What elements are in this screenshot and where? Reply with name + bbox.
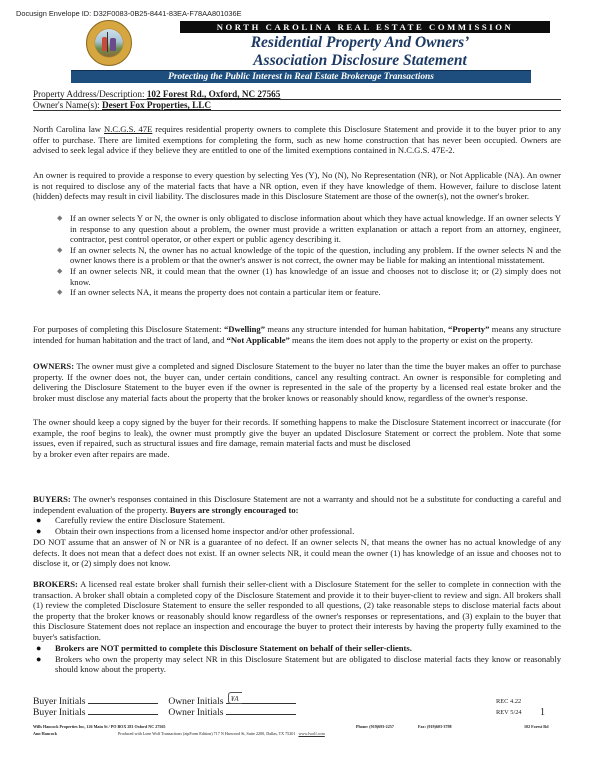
rev-code: REV 5/24 bbox=[496, 709, 522, 717]
footer-company: Wills Hancock Properties Inc, 126 Main S… bbox=[33, 724, 165, 729]
definitions-paragraph: For purposes of completing this Disclosu… bbox=[33, 324, 561, 345]
owner-name-field[interactable]: Owner's Name(s): Desert Fox Properties, … bbox=[33, 100, 561, 111]
buyers-list: ●Carefully review the entire Disclosure … bbox=[33, 515, 561, 536]
owners-paragraph: OWNERS: The owner must give a completed … bbox=[33, 361, 561, 403]
list-item: ◆If an owner selects NA, it means the pr… bbox=[33, 287, 561, 298]
bullet-icon: ● bbox=[36, 515, 41, 526]
intro-paragraph-responses: An owner is required to provide a respon… bbox=[33, 170, 561, 202]
list-item: ◆If an owner selects N, the owner has no… bbox=[33, 245, 561, 266]
buyers-paragraph: BUYERS: The owner's responses contained … bbox=[33, 494, 561, 515]
list-item: ●Brokers are NOT permitted to complete t… bbox=[33, 643, 561, 654]
brokers-heading: BROKERS: bbox=[33, 579, 78, 589]
response-options-list: ◆If an owner selects Y or N, the owner i… bbox=[33, 213, 561, 298]
intro-text: North Carolina law bbox=[33, 124, 104, 134]
owner-name-value[interactable]: Desert Fox Properties, LLC bbox=[102, 100, 211, 110]
commission-banner: NORTH CAROLINA REAL ESTATE COMMISSION bbox=[180, 21, 550, 33]
bullet-icon: ◆ bbox=[57, 245, 62, 256]
buyers-warning-paragraph: DO NOT assume that an answer of N or NR … bbox=[33, 537, 561, 569]
form-title-line2: Association Disclosure Statement bbox=[190, 52, 530, 70]
owners-update-paragraph: The owner should keep a copy signed by t… bbox=[33, 417, 561, 459]
list-item: ◆If an owner selects Y or N, the owner i… bbox=[33, 213, 561, 245]
docusign-envelope-id: Docusign Envelope ID: D32F0083-0B25-8441… bbox=[16, 9, 242, 18]
list-item: ◆If an owner selects NR, it could mean t… bbox=[33, 266, 561, 287]
buyer-initials-field-1[interactable] bbox=[88, 695, 158, 704]
property-address-label: Property Address/Description: bbox=[33, 89, 145, 99]
term-not-applicable: “Not Applicable” bbox=[227, 335, 290, 345]
owners-heading: OWNERS: bbox=[33, 361, 74, 371]
buyer-initials-field-2[interactable] bbox=[88, 706, 158, 715]
owner-initials-label: Owner Initials bbox=[168, 707, 223, 718]
footer-phone: Phone: (919)693-2257 bbox=[356, 724, 394, 729]
list-item: ●Brokers who own the property may select… bbox=[33, 654, 561, 675]
page-number: 1 bbox=[540, 707, 545, 718]
bullet-icon: ● bbox=[36, 643, 41, 654]
property-address-field[interactable]: Property Address/Description: 102 Forest… bbox=[33, 89, 561, 100]
rec-code: REC 4.22 bbox=[496, 698, 521, 706]
form-title-line1: Residential Property And Owners’ bbox=[190, 34, 530, 52]
owner-initials-field-1[interactable]: ¥A bbox=[226, 695, 296, 704]
term-dwelling: “Dwelling” bbox=[224, 324, 265, 334]
footer-fax: Fax: (919)603-3798 bbox=[418, 724, 452, 729]
bullet-icon: ◆ bbox=[57, 266, 62, 277]
list-item: ●Obtain their own inspections from a lic… bbox=[33, 526, 561, 537]
brokers-list: ●Brokers are NOT permitted to complete t… bbox=[33, 643, 561, 675]
intro-paragraph-law: North Carolina law N.C.G.S. 47E requires… bbox=[33, 124, 561, 156]
brokers-paragraph: BROKERS: A licensed real estate broker s… bbox=[33, 579, 561, 643]
list-item: ●Carefully review the entire Disclosure … bbox=[33, 515, 561, 526]
owner-initials-field-2[interactable] bbox=[226, 706, 296, 715]
docusign-initials-stamp: ¥A bbox=[228, 692, 242, 704]
tagline-banner: Protecting the Public Interest in Real E… bbox=[71, 70, 531, 83]
buyers-heading: BUYERS: bbox=[33, 494, 71, 504]
bullet-icon: ◆ bbox=[57, 287, 62, 298]
property-address-value[interactable]: 102 Forest Rd., Oxford, NC 27565 bbox=[147, 89, 281, 99]
bullet-icon: ● bbox=[36, 654, 41, 665]
bullet-icon: ◆ bbox=[57, 213, 62, 224]
lwolf-link[interactable]: www.lwolf.com bbox=[298, 731, 324, 736]
footer-produced: Produced with Lone Wolf Transactions (zi… bbox=[118, 731, 325, 736]
buyer-initials-label: Buyer Initials bbox=[33, 707, 86, 718]
owner-name-label: Owner's Name(s): bbox=[33, 100, 100, 110]
footer-agent: Ann Hancock bbox=[33, 731, 57, 736]
initials-row-2: Buyer Initials Owner Initials bbox=[33, 706, 296, 718]
footer-doc-name: 102 Forest Rd bbox=[524, 724, 549, 729]
bullet-icon: ● bbox=[36, 526, 41, 537]
ncgs-47e-link[interactable]: N.C.G.S. 47E bbox=[104, 124, 152, 134]
nc-seal-icon bbox=[86, 20, 132, 66]
term-property: “Property” bbox=[448, 324, 489, 334]
